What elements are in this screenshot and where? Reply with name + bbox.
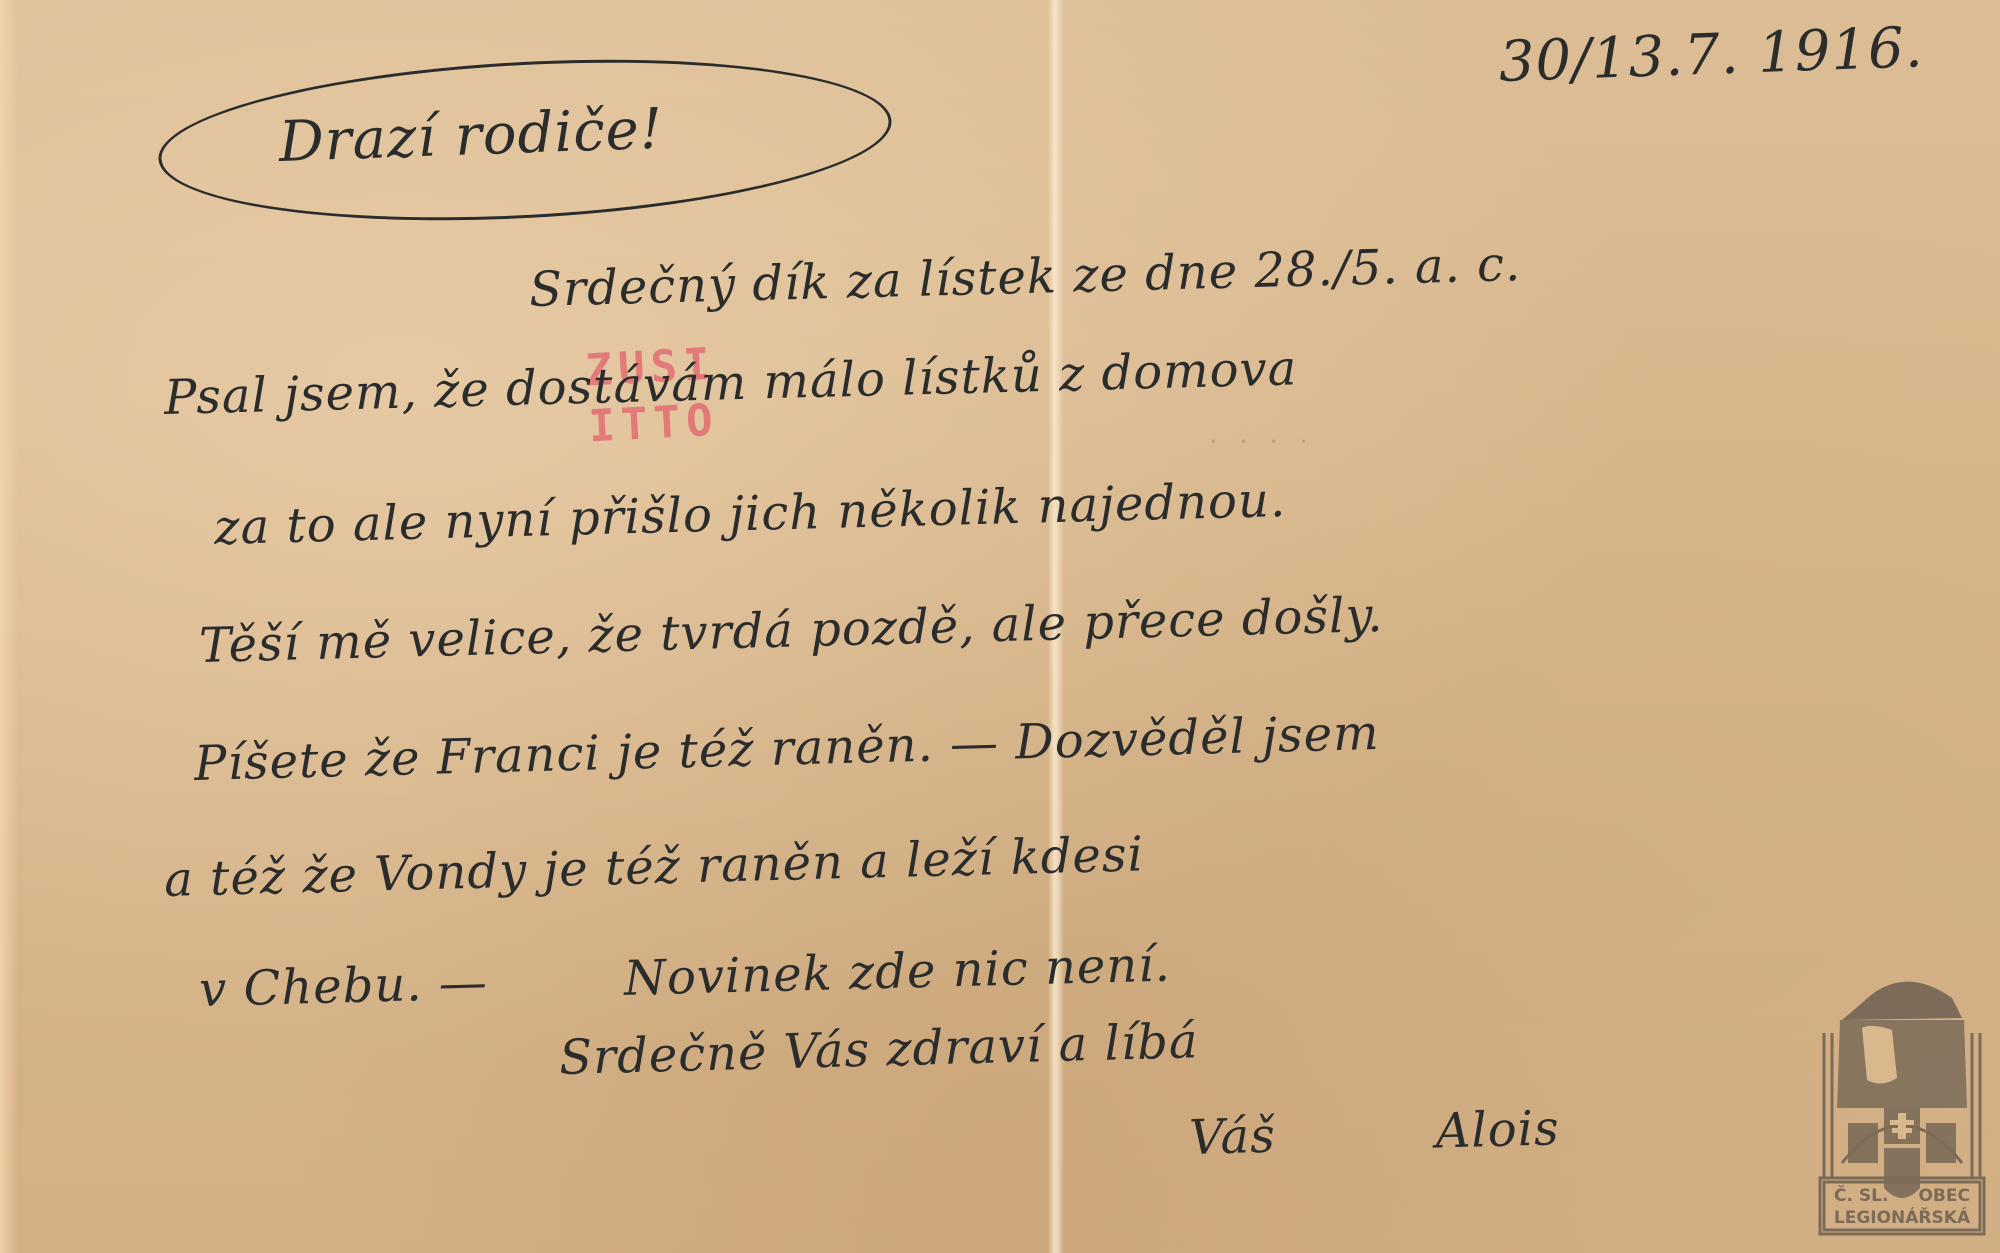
body-line: Píšete že Franci je též raněn. — Dozvědě… [194, 705, 1381, 792]
body-line: v Chebu. — Novinek zde nic není. [199, 937, 1172, 1018]
postcard: ZUSI ITTO · · · · 30/13.7. 1916. Drazí r… [0, 0, 2000, 1253]
logo-text-obec: OBEC [1918, 1186, 1970, 1206]
closing-and-signature: VášAlois [1189, 1100, 1561, 1166]
body-line: a též že Vondy je též raněn a leží kdesi [164, 826, 1145, 908]
worn-paper-edge [0, 0, 18, 1253]
letter-date: 30/13.7. 1916. [1498, 15, 1925, 95]
body-line: Srdečně Vás zdraví a líbá [559, 1013, 1200, 1086]
logo-text-line-1: Č. SL.OBEC [1820, 1186, 1984, 1206]
legion-society-logo: Č. SL.OBEC LEGIONÁŘSKÁ [1812, 958, 1992, 1238]
body-line: Těší mě velice, že tvrdá pozdě, ale přec… [199, 587, 1385, 674]
logo-text-line-2: LEGIONÁŘSKÁ [1820, 1208, 1984, 1228]
salutation: Drazí rodiče! [278, 97, 665, 175]
logo-text-csl: Č. SL. [1834, 1186, 1888, 1206]
signature: Alois [1435, 1100, 1560, 1159]
body-line-text: Novinek zde nic není. [623, 937, 1171, 1007]
body-line-text: v Chebu. — [199, 954, 505, 1018]
body-line: Srdečný dík za lístek ze dne 28./5. a. c… [529, 236, 1522, 318]
closing: Váš [1189, 1108, 1277, 1166]
